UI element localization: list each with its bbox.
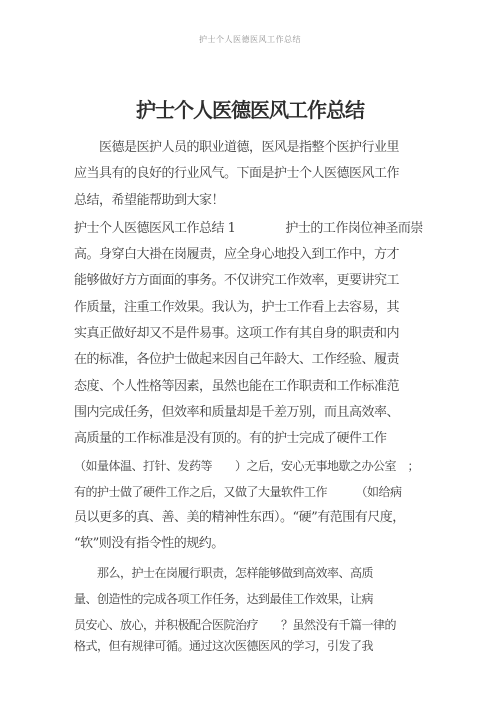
- text-line: 态度、个人性格等因素，虽然也能在工作职责和工作标准范: [74, 374, 500, 400]
- text-line: 总结，希望能帮助到大家！: [74, 188, 500, 214]
- text-line: 员以更多的真、善、美的精神性东西）。“硬”有范围有尺度，: [74, 505, 500, 531]
- text-line: 作质量，注重工作效果。我认为，护士工作看上去容易，其: [74, 295, 500, 321]
- text-line: 格式，但有规律可循。通过这次医德医风的学习，引发了我: [74, 639, 500, 655]
- text-line: 实真正做好却又不是件易事。这项工作有其自身的职责和内: [74, 321, 500, 347]
- text-line: “软”则没有指令性的规约。: [74, 531, 500, 557]
- text-line: 员安心、放心，并积极配合医院治疗 ？虽然没有千篇一律的: [74, 612, 500, 638]
- text-line: 量、创造性的完成各项工作任务，达到最佳工作效果，让病: [74, 586, 500, 612]
- text-line: 有的护士做了硬件工作之后，又做了大量软件工作 （如给病: [74, 479, 500, 505]
- text-line: 高质量的工作标准是没有顶的。有的护士完成了硬件工作: [74, 426, 500, 452]
- text-line: 医德是医护人员的职业道德，医风是指整个医护行业里: [74, 135, 500, 161]
- text-line: 那么，护士在岗履行职责，怎样能够做到高效率、高质: [74, 560, 500, 586]
- document-body: 医德是医护人员的职业道德，医风是指整个医护行业里 应当具有的良好的行业风气。下面…: [0, 135, 500, 655]
- document-title: 护士个人医德医风工作总结: [0, 96, 500, 124]
- text-line: 应当具有的良好的行业风气。下面是护士个人医德医风工作: [74, 161, 500, 187]
- document-page: 护士个人医德医风工作总结 护士个人医德医风工作总结 医德是医护人员的职业道德，医…: [0, 0, 500, 708]
- text-line: 护士个人医德医风工作总结 1 护士的工作岗位神圣而崇: [74, 216, 500, 242]
- text-line: 在的标准，各位护士做起来因自己年龄大、工作经验、履责: [74, 347, 500, 373]
- running-header: 护士个人医德医风工作总结: [0, 0, 500, 46]
- text-line: （如量体温、打针、发药等 ）之后，安心无事地歇之办公室 ；: [74, 453, 500, 479]
- text-line: 高。身穿白大褂在岗履责，应全身心地投入到工作中，方才: [74, 242, 500, 268]
- text-line: 能够做好方方面面的事务。不仅讲究工作效率，更要讲究工: [74, 268, 500, 294]
- text-line: 围内完成任务，但效率和质量却是千差万别，而且高效率、: [74, 400, 500, 426]
